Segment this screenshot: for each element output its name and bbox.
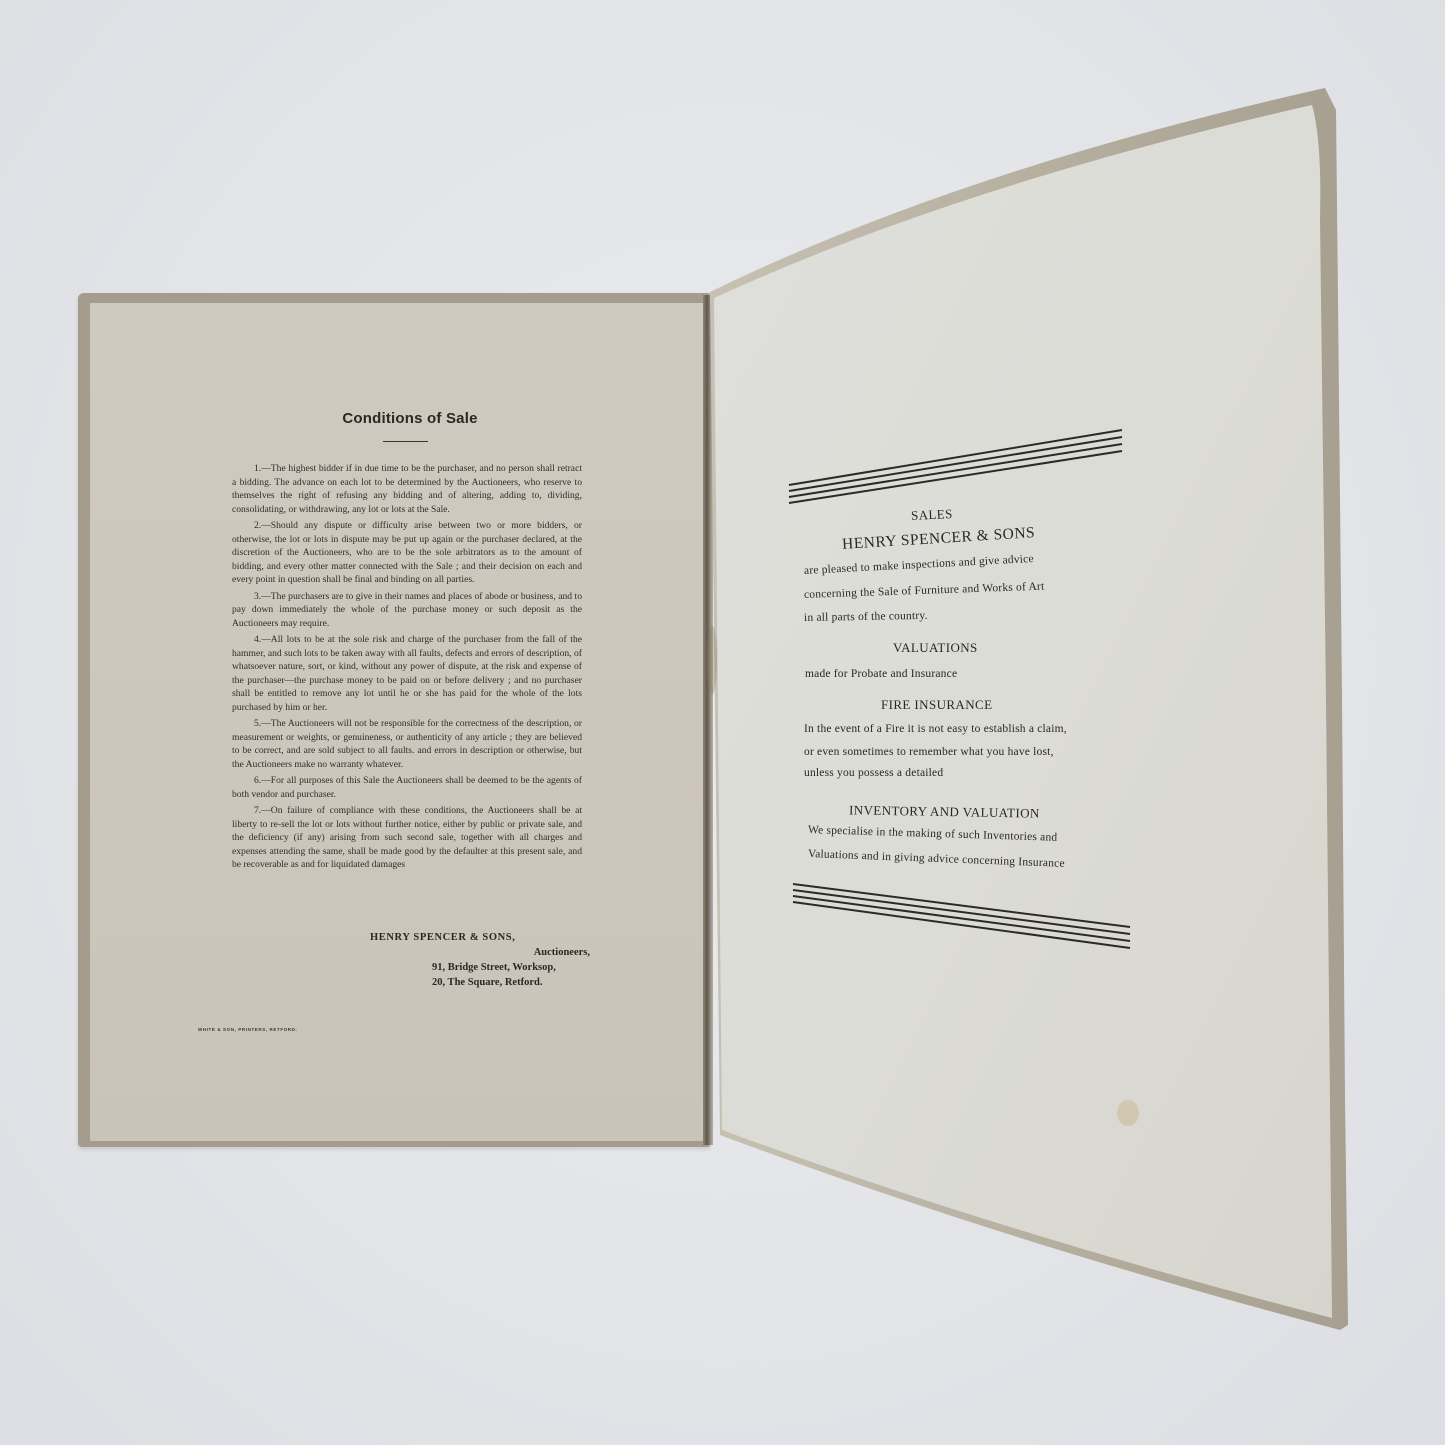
fire-line-1: In the event of a Fire it is not easy to… [804,723,1067,735]
inventory-heading: INVENTORY AND VALUATION [849,802,1040,821]
sales-line-3: in all parts of the country. [804,610,928,624]
right-page [0,0,1445,1445]
fire-insurance-heading: FIRE INSURANCE [881,697,992,713]
fire-line-2: or even sometimes to remember what you h… [804,746,1054,758]
right-page-paper [714,105,1332,1318]
valuations-heading: VALUATIONS [893,640,978,656]
fire-line-3: unless you possess a detailed [804,767,943,779]
sales-heading: SALES [911,506,953,524]
valuations-line: made for Probate and Insurance [805,668,957,680]
gutter-stain [707,625,717,695]
foxing-stain [1117,1100,1139,1126]
